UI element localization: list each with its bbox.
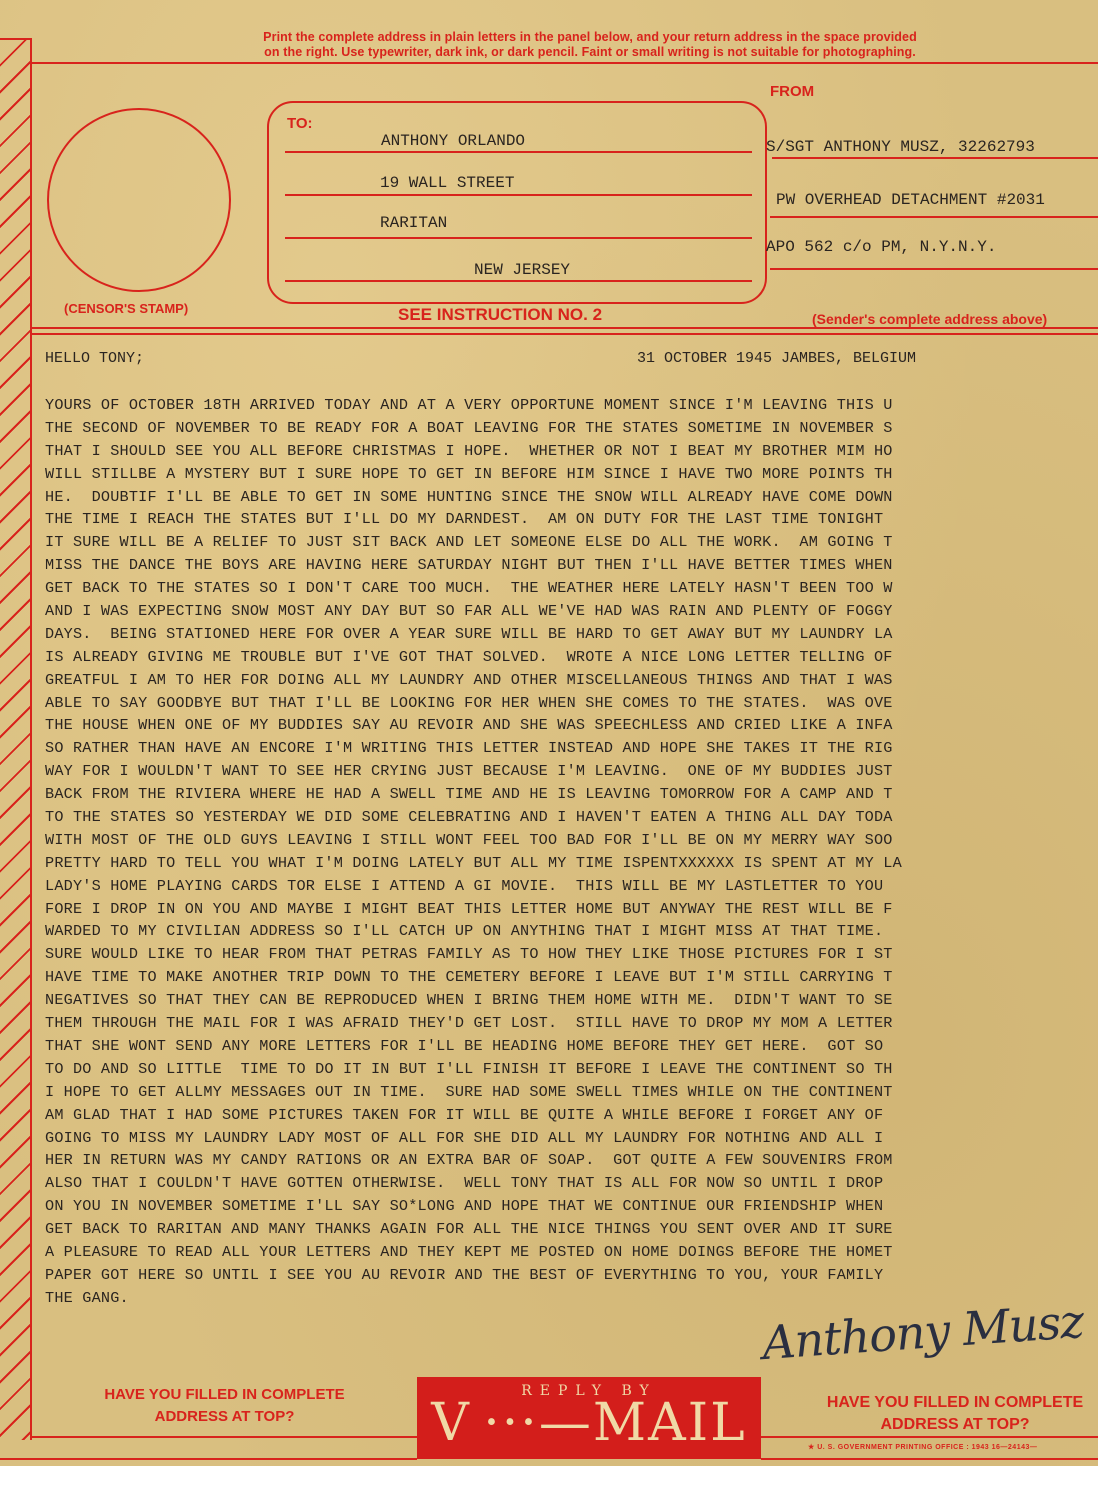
from-rule-1 — [772, 157, 1098, 159]
form-instructions: Print the complete address in plain lett… — [150, 30, 1030, 60]
recipient-state: NEW JERSEY — [474, 261, 570, 279]
footer-right-rule-1 — [761, 1436, 1098, 1438]
letter-line: LADY'S HOME PLAYING CARDS TOR ELSE I ATT… — [45, 875, 1098, 898]
footer-right-rule-2 — [761, 1458, 1098, 1460]
letter-line: GOING TO MISS MY LAUNDRY LADY MOST OF AL… — [45, 1127, 1098, 1150]
from-rule-3 — [770, 268, 1098, 270]
letter-line: TO DO AND SO LITTLE TIME TO DO IT IN BUT… — [45, 1058, 1098, 1081]
letter-line: HAVE TIME TO MAKE ANOTHER TRIP DOWN TO T… — [45, 966, 1098, 989]
letter-line: SURE WOULD LIKE TO HEAR FROM THAT PETRAS… — [45, 943, 1098, 966]
letter-line: HER IN RETURN WAS MY CANDY RATIONS OR AN… — [45, 1149, 1098, 1172]
letter-line: NEGATIVES SO THAT THEY CAN BE REPRODUCED… — [45, 989, 1098, 1012]
from-rule-2 — [770, 216, 1098, 218]
to-rule-1 — [285, 151, 752, 153]
letter-line: GREATFUL I AM TO HER FOR DOING ALL MY LA… — [45, 669, 1098, 692]
sender-address-note: (Sender's complete address above) — [812, 311, 1047, 327]
letter-line: SO RATHER THAN HAVE AN ENCORE I'M WRITIN… — [45, 737, 1098, 760]
reminder-left-line-2: ADDRESS AT TOP? — [72, 1406, 377, 1428]
reminder-right-line-1: HAVE YOU FILLED IN COMPLETE — [800, 1392, 1098, 1414]
sender-line-2: PW OVERHEAD DETACHMENT #2031 — [776, 191, 1045, 209]
from-label: FROM — [770, 83, 814, 100]
vmail-banner: REPLY BY V ···—MAIL — [417, 1377, 761, 1459]
letter-line: ABLE TO SAY GOODBYE BUT THAT I'LL BE LOO… — [45, 692, 1098, 715]
letter-line: WITH MOST OF THE OLD GUYS LEAVING I STIL… — [45, 829, 1098, 852]
letter-line: THE TIME I REACH THE STATES BUT I'LL DO … — [45, 508, 1098, 531]
hatched-margin — [0, 38, 32, 1440]
letter-line: AND I WAS EXPECTING SNOW MOST ANY DAY BU… — [45, 600, 1098, 623]
censor-stamp-label: (CENSOR'S STAMP) — [64, 301, 188, 316]
letter-line: AM GLAD THAT I HAD SOME PICTURES TAKEN F… — [45, 1104, 1098, 1127]
vmail-logo: V ···—MAIL — [417, 1397, 761, 1449]
to-rule-2 — [285, 194, 752, 196]
letter-line: PAPER GOT HERE SO UNTIL I SEE YOU AU REV… — [45, 1264, 1098, 1287]
reminder-right: HAVE YOU FILLED IN COMPLETE ADDRESS AT T… — [800, 1392, 1098, 1436]
letter-line: THEM THROUGH THE MAIL FOR I WAS AFRAID T… — [45, 1012, 1098, 1035]
footer-left-rule-2 — [0, 1458, 417, 1460]
letter-line: IS ALREADY GIVING ME TROUBLE BUT I'VE GO… — [45, 646, 1098, 669]
letter-body: YOURS OF OCTOBER 18TH ARRIVED TODAY AND … — [45, 394, 1098, 1310]
footer-left-rule-1 — [32, 1436, 417, 1438]
letter-line: THE HOUSE WHEN ONE OF MY BUDDIES SAY AU … — [45, 714, 1098, 737]
letter-date-place: 31 OCTOBER 1945 JAMBES, BELGIUM — [637, 350, 916, 367]
reminder-left: HAVE YOU FILLED IN COMPLETE ADDRESS AT T… — [72, 1384, 377, 1428]
letter-line: BACK FROM THE RIVIERA WHERE HE HAD A SWE… — [45, 783, 1098, 806]
letter-line: GET BACK TO THE STATES SO I DON'T CARE T… — [45, 577, 1098, 600]
letter-line: HE. DOUBTIF I'LL BE ABLE TO GET IN SOME … — [45, 486, 1098, 509]
to-label: TO: — [287, 115, 313, 132]
reminder-right-line-2: ADDRESS AT TOP? — [800, 1414, 1098, 1436]
censor-stamp-circle — [47, 108, 231, 292]
letter-line: ALSO THAT I COULDN'T HAVE GOTTEN OTHERWI… — [45, 1172, 1098, 1195]
see-instruction-label: SEE INSTRUCTION NO. 2 — [398, 305, 602, 325]
letter-line: MISS THE DANCE THE BOYS ARE HAVING HERE … — [45, 554, 1098, 577]
letter-line: IT SURE WILL BE A RELIEF TO JUST SIT BAC… — [45, 531, 1098, 554]
scan-margin — [0, 1466, 1098, 1493]
letter-line: FORE I DROP IN ON YOU AND MAYBE I MIGHT … — [45, 898, 1098, 921]
address-bottom-rule-1 — [32, 327, 1098, 329]
recipient-street: 19 WALL STREET — [380, 174, 514, 192]
letter-line: WARDED TO MY CIVILIAN ADDRESS SO I'LL CA… — [45, 920, 1098, 943]
letter-line: PRETTY HARD TO TELL YOU WHAT I'M DOING L… — [45, 852, 1098, 875]
letter-line: THAT SHE WONT SEND ANY MORE LETTERS FOR … — [45, 1035, 1098, 1058]
recipient-name: ANTHONY ORLANDO — [381, 132, 525, 150]
recipient-city: RARITAN — [380, 214, 447, 232]
printing-office-imprint: ★ U. S. GOVERNMENT PRINTING OFFICE : 194… — [808, 1443, 1037, 1451]
instructions-line-1: Print the complete address in plain lett… — [150, 30, 1030, 45]
reminder-left-line-1: HAVE YOU FILLED IN COMPLETE — [72, 1384, 377, 1406]
instructions-line-2: on the right. Use typewriter, dark ink, … — [150, 45, 1030, 60]
letter-line: YOURS OF OCTOBER 18TH ARRIVED TODAY AND … — [45, 394, 1098, 417]
letter-line: WILL STILLBE A MYSTERY BUT I SURE HOPE T… — [45, 463, 1098, 486]
letter-line: ON YOU IN NOVEMBER SOMETIME I'LL SAY SO*… — [45, 1195, 1098, 1218]
letter-line: I HOPE TO GET ALLMY MESSAGES OUT IN TIME… — [45, 1081, 1098, 1104]
sender-line-1: S/SGT ANTHONY MUSZ, 32262793 — [766, 138, 1035, 156]
top-rule — [32, 62, 1098, 64]
letter-line: GET BACK TO RARITAN AND MANY THANKS AGAI… — [45, 1218, 1098, 1241]
address-bottom-rule-2 — [32, 333, 1098, 335]
sender-line-3: APO 562 c/o PM, N.Y.N.Y. — [766, 238, 996, 256]
letter-line: TO THE STATES SO YESTERDAY WE DID SOME C… — [45, 806, 1098, 829]
letter-line: A PLEASURE TO READ ALL YOUR LETTERS AND … — [45, 1241, 1098, 1264]
letter-line: THAT I SHOULD SEE YOU ALL BEFORE CHRISTM… — [45, 440, 1098, 463]
letter-line: THE SECOND OF NOVEMBER TO BE READY FOR A… — [45, 417, 1098, 440]
letter-greeting: HELLO TONY; — [45, 350, 144, 367]
to-rule-4 — [285, 280, 752, 282]
to-rule-3 — [285, 237, 752, 239]
letter-line: DAYS. BEING STATIONED HERE FOR OVER A YE… — [45, 623, 1098, 646]
letter-line: WAY FOR I WOULDN'T WANT TO SEE HER CRYIN… — [45, 760, 1098, 783]
